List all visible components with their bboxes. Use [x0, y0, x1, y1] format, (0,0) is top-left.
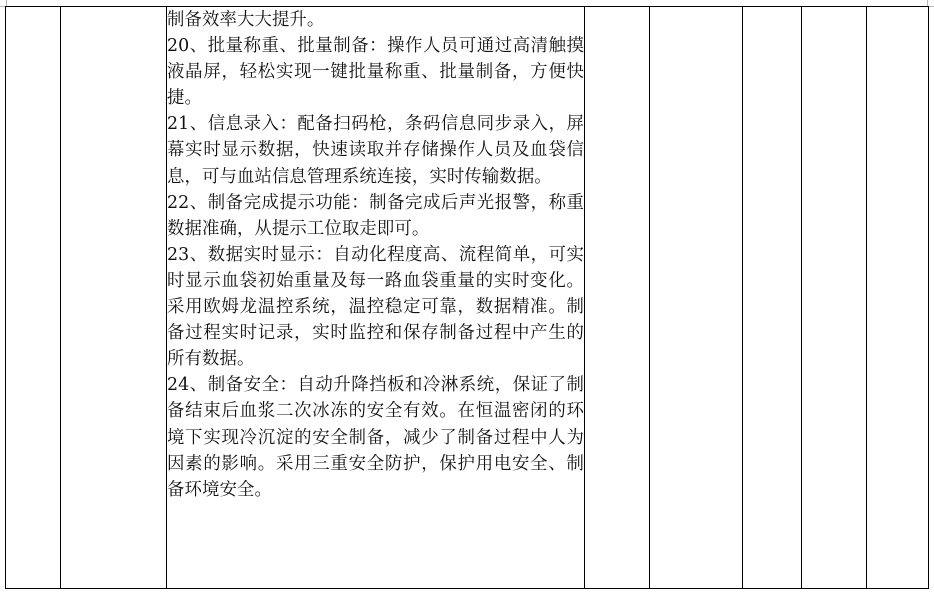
table-cell-col4 [585, 7, 650, 589]
table-cell-col6 [743, 7, 802, 589]
spec-paragraph-continuation: 制备效率大大提升。 [167, 7, 584, 33]
spec-paragraph-24: 24、制备安全：自动升降挡板和冷淋系统，保证了制备结束后血浆二次冰冻的安全有效。… [167, 372, 584, 502]
table-cell-spec-content: 制备效率大大提升。 20、批量称重、批量制备：操作人员可通过高清触摸液晶屏，轻松… [167, 7, 585, 589]
table-cell-item-name [61, 7, 167, 589]
document-page: 制备效率大大提升。 20、批量称重、批量制备：操作人员可通过高清触摸液晶屏，轻松… [0, 0, 934, 594]
table-row: 制备效率大大提升。 20、批量称重、批量制备：操作人员可通过高清触摸液晶屏，轻松… [6, 7, 929, 589]
spec-paragraph-23: 23、数据实时显示：自动化程度高、流程简单，可实时显示血袋初始重量及每一路血袋重… [167, 242, 584, 372]
table-cell-col5 [650, 7, 743, 589]
spec-paragraph-22: 22、制备完成提示功能：制备完成后声光报警，称重数据准确，从提示工位取走即可。 [167, 190, 584, 242]
table-cell-index [6, 7, 61, 589]
table-cell-col8 [867, 7, 929, 589]
spec-paragraph-20: 20、批量称重、批量制备：操作人员可通过高清触摸液晶屏，轻松实现一键批量称重、批… [167, 33, 584, 111]
spec-table: 制备效率大大提升。 20、批量称重、批量制备：操作人员可通过高清触摸液晶屏，轻松… [5, 6, 929, 589]
table-cell-col7 [802, 7, 867, 589]
spec-paragraph-21: 21、信息录入：配备扫码枪，条码信息同步录入，屏幕实时显示数据，快速读取并存储操… [167, 111, 584, 189]
